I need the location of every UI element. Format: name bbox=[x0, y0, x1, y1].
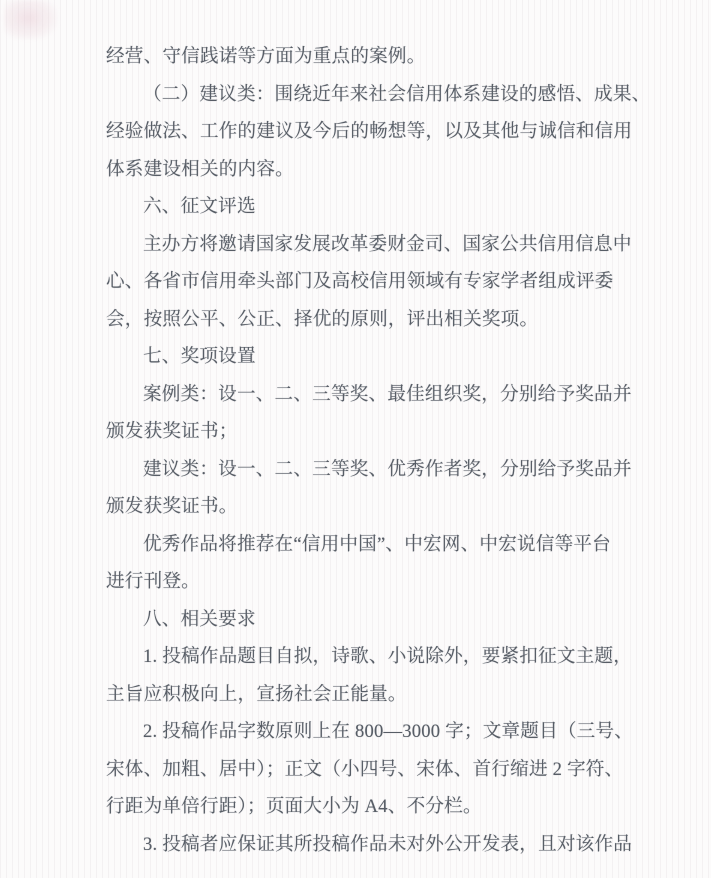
text-line: 2. 投稿作品字数原则上在 800—3000 字；文章题目（三号、 bbox=[106, 713, 666, 751]
text-line: 1. 投稿作品题目自拟，诗歌、小说除外，要紧扣征文主题， bbox=[106, 638, 666, 676]
text-line: 案例类：设一、二、三等奖、最佳组织奖，分别给予奖品并 bbox=[106, 376, 666, 414]
text-line: 八、相关要求 bbox=[106, 601, 666, 639]
text-line: 主办方将邀请国家发展改革委财金司、国家公共信用信息中 bbox=[106, 226, 666, 264]
scanned-document-page: 经营、守信践诺等方面为重点的案例。（二）建议类：围绕近年来社会信用体系建设的感悟… bbox=[0, 0, 711, 878]
text-line: 颁发获奖证书； bbox=[106, 413, 666, 451]
text-line: 心、各省市信用牵头部门及高校信用领域有专家学者组成评委 bbox=[106, 263, 666, 301]
document-text-block: 经营、守信践诺等方面为重点的案例。（二）建议类：围绕近年来社会信用体系建设的感悟… bbox=[106, 38, 666, 863]
text-line: （二）建议类：围绕近年来社会信用体系建设的感悟、成果、 bbox=[106, 76, 666, 114]
text-line: 3. 投稿者应保证其所投稿作品未对外公开发表，且对该作品 bbox=[106, 826, 666, 864]
text-line: 行距为单倍行距）；页面大小为 A4、不分栏。 bbox=[106, 788, 666, 826]
text-line: 优秀作品将推荐在“信用中国”、中宏网、中宏说信等平台 bbox=[106, 526, 666, 564]
text-line: 体系建设相关的内容。 bbox=[106, 151, 666, 189]
text-line: 会，按照公平、公正、择优的原则，评出相关奖项。 bbox=[106, 301, 666, 339]
text-line: 六、征文评选 bbox=[106, 188, 666, 226]
text-line: 宋体、加粗、居中）；正文（小四号、宋体、首行缩进 2 字符、 bbox=[106, 751, 666, 789]
text-line: 经营、守信践诺等方面为重点的案例。 bbox=[106, 38, 666, 76]
text-line: 经验做法、工作的建议及今后的畅想等，以及其他与诚信和信用 bbox=[106, 113, 666, 151]
text-line: 主旨应积极向上，宣扬社会正能量。 bbox=[106, 676, 666, 714]
text-line: 建议类：设一、二、三等奖、优秀作者奖，分别给予奖品并 bbox=[106, 451, 666, 489]
text-line: 七、奖项设置 bbox=[106, 338, 666, 376]
text-line: 颁发获奖证书。 bbox=[106, 488, 666, 526]
text-line: 进行刊登。 bbox=[106, 563, 666, 601]
scan-smudge-artifact bbox=[4, 0, 58, 40]
